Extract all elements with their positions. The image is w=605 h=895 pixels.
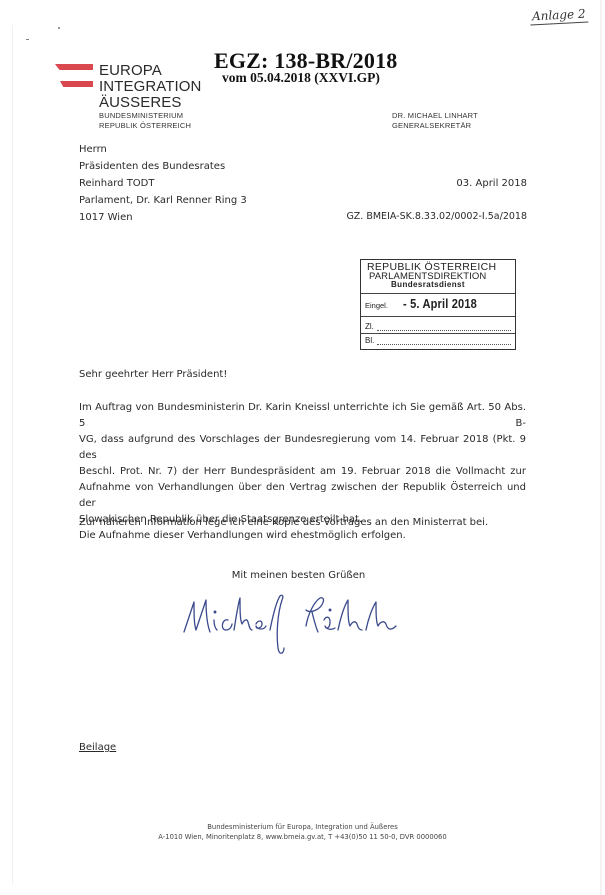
scan-page-edge bbox=[12, 25, 13, 885]
logo-text-ministry: BUNDESMINISTERIUM bbox=[99, 111, 183, 121]
recipient-line: Präsidenten des Bundesrates bbox=[79, 158, 247, 175]
stamp-received-label: Eingel. bbox=[365, 301, 388, 310]
stamp-received-date: - 5. April 2018 bbox=[403, 296, 477, 311]
logo-text-integration: INTEGRATION bbox=[99, 79, 202, 94]
stamp-divider bbox=[361, 293, 515, 294]
paragraph-line: VG, dass aufgrund des Vorschlages der Bu… bbox=[79, 432, 526, 464]
stamp-divider bbox=[361, 333, 515, 334]
stamp-zl-field bbox=[377, 330, 511, 331]
handwritten-annex-label: Anlage 2 bbox=[530, 7, 588, 26]
business-reference-number: GZ. BMEIA-SK.8.33.02/0002-I.5a/2018 bbox=[346, 211, 527, 222]
stamp-zl-label: Zl. bbox=[365, 322, 374, 331]
stamp-line-service: Bundesratsdienst bbox=[391, 280, 465, 289]
footer-contact: A-1010 Wien, Minoritenplatz 8, www.bmeia… bbox=[0, 832, 605, 842]
closing-text: Mit meinen besten Grüßen bbox=[232, 570, 365, 581]
sender-title: GENERALSEKRETÄR bbox=[392, 121, 471, 131]
stamp-divider bbox=[361, 316, 515, 317]
sender-name: DR. MICHAEL LINHART bbox=[392, 111, 478, 121]
paragraph-line: Im Auftrag von Bundesministerin Dr. Kari… bbox=[79, 400, 526, 432]
recipient-address: Herrn Präsidenten des Bundesrates Reinha… bbox=[79, 141, 247, 226]
letter-closing: Mit meinen besten Grüßen bbox=[0, 570, 605, 581]
scan-speck bbox=[26, 39, 29, 40]
stamp-bl-field bbox=[377, 344, 511, 345]
letter-footer: Bundesministerium für Europa, Integratio… bbox=[0, 822, 605, 842]
scan-page-edge-right bbox=[600, 0, 602, 895]
parliament-receipt-stamp: REPUBLIK ÖSTERREICH PARLAMENTSDIREKTION … bbox=[360, 259, 516, 350]
austrian-flag-logo-stripe-top bbox=[55, 64, 93, 70]
logo-text-aeusseres: ÄUSSERES bbox=[99, 95, 182, 110]
footer-ministry: Bundesministerium für Europa, Integratio… bbox=[0, 822, 605, 832]
letter-date: 03. April 2018 bbox=[456, 178, 527, 189]
stamp-bl-label: Bl. bbox=[365, 336, 374, 345]
letter-paragraph-attachment-note: Zur näheren Information lege ich eine Ko… bbox=[79, 515, 526, 531]
handwritten-signature bbox=[180, 590, 420, 662]
recipient-line: Parlament, Dr. Karl Renner Ring 3 bbox=[79, 192, 247, 209]
paragraph-line: Aufnahme von Verhandlungen über den Vert… bbox=[79, 480, 526, 512]
logo-text-europa: EUROPA bbox=[99, 63, 162, 78]
paragraph-line: Beschl. Prot. Nr. 7) der Herr Bundespräs… bbox=[79, 464, 526, 480]
recipient-line: Herrn bbox=[79, 141, 247, 158]
scan-speck bbox=[58, 27, 60, 29]
egz-reference-date: vom 05.04.2018 (XXVI.GP) bbox=[222, 70, 380, 86]
recipient-line: Reinhard TODT bbox=[79, 175, 247, 192]
recipient-line: 1017 Wien bbox=[79, 209, 247, 226]
letter-salutation: Sehr geehrter Herr Präsident! bbox=[79, 367, 526, 383]
austrian-flag-logo-stripe-bottom bbox=[60, 81, 93, 87]
attachment-label: Beilage bbox=[79, 742, 116, 753]
logo-text-republic: REPUBLIK ÖSTERREICH bbox=[99, 121, 191, 131]
